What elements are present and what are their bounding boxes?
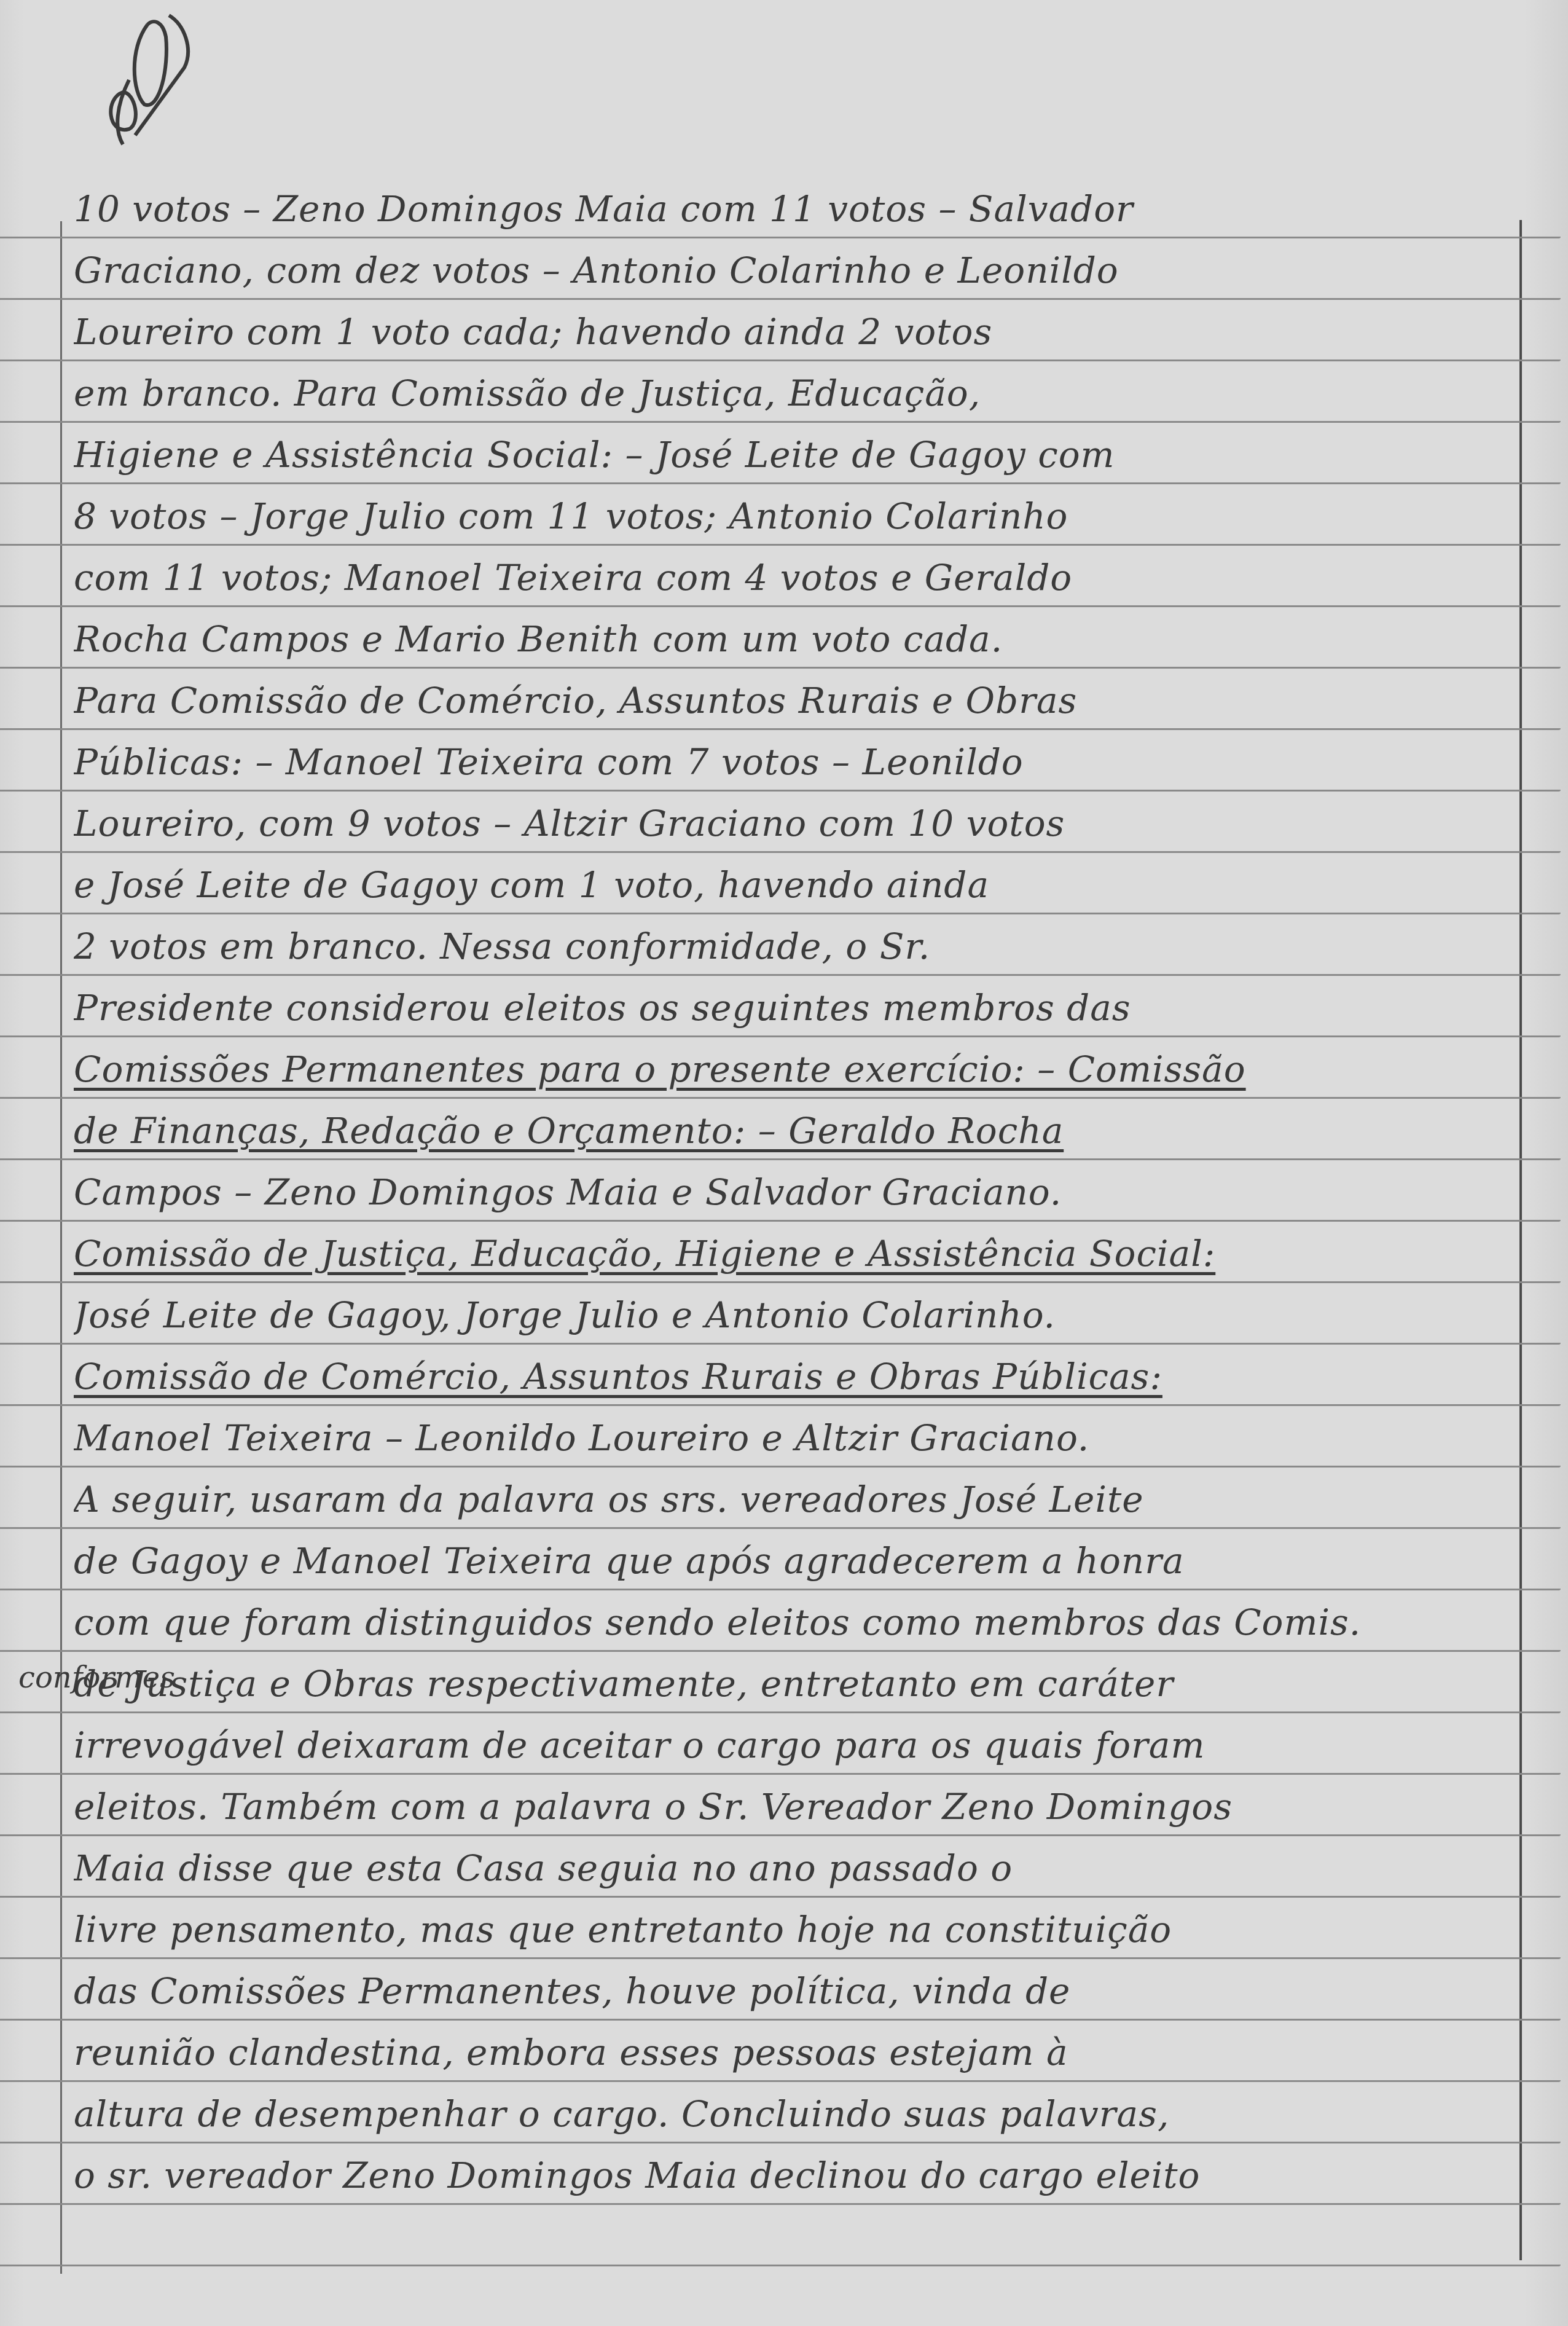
text-line: eleitos. Também com a palavra o Sr. Vere…: [74, 1776, 1511, 1837]
text-line-content: e José Leite de Gagoy com 1 voto, havend…: [74, 864, 989, 906]
text-line: Rocha Campos e Mario Benith com um voto …: [74, 608, 1511, 670]
text-line-content: altura de desempenhar o cargo. Concluind…: [74, 2093, 1169, 2135]
text-line-content: Maia disse que esta Casa seguia no ano p…: [74, 1847, 1013, 1889]
text-line-content: Campos – Zeno Domingos Maia e Salvador G…: [74, 1171, 1062, 1213]
text-line: Loureiro, com 9 votos – Altzir Graciano …: [74, 793, 1511, 854]
text-line-content: eleitos. Também com a palavra o Sr. Vere…: [74, 1786, 1233, 1828]
text-line-content: José Leite de Gagoy, Jorge Julio e Anton…: [74, 1294, 1056, 1336]
text-line: o sr. vereador Zeno Domingos Maia declin…: [74, 2145, 1511, 2206]
text-line: de Justiça e Obras respectivamente, entr…: [74, 1653, 1511, 1715]
text-line: Graciano, com dez votos – Antonio Colari…: [74, 240, 1511, 301]
text-line: Comissão de Comércio, Assuntos Rurais e …: [74, 1346, 1511, 1407]
text-line: Higiene e Assistência Social: – José Lei…: [74, 424, 1511, 485]
text-line: das Comissões Permanentes, houve polític…: [74, 1960, 1511, 2022]
text-line: Manoel Teixeira – Leonildo Loureiro e Al…: [74, 1407, 1511, 1469]
text-line: Para Comissão de Comércio, Assuntos Rura…: [74, 670, 1511, 731]
text-line: Comissões Permanentes para o presente ex…: [74, 1039, 1511, 1100]
text-line: em branco. Para Comissão de Justiça, Edu…: [74, 363, 1511, 424]
text-line-content: Presidente considerou eleitos os seguint…: [74, 987, 1131, 1029]
text-line: livre pensamento, mas que entretanto hoj…: [74, 1899, 1511, 1960]
text-line-content: Loureiro com 1 voto cada; havendo ainda …: [74, 311, 992, 353]
text-line: de Finanças, Redação e Orçamento: – Gera…: [74, 1100, 1511, 1161]
text-line: Maia disse que esta Casa seguia no ano p…: [74, 1837, 1511, 1899]
margin-note: conformes: [18, 1647, 175, 1708]
text-line: irrevogável deixaram de aceitar o cargo …: [74, 1715, 1511, 1776]
text-line-content: com 11 votos; Manoel Teixeira com 4 voto…: [74, 557, 1072, 599]
text-line-content: Comissão de Comércio, Assuntos Rurais e …: [74, 1356, 1162, 1397]
folio-number-mark: [61, 12, 197, 147]
text-line: altura de desempenhar o cargo. Concluind…: [74, 2083, 1511, 2145]
text-line-content: 10 votos – Zeno Domingos Maia com 11 vot…: [74, 188, 1134, 230]
text-line-content: A seguir, usaram da palavra os srs. vere…: [74, 1479, 1144, 1520]
ruled-line: [0, 2265, 1561, 2266]
text-line-content: irrevogável deixaram de aceitar o cargo …: [74, 1724, 1205, 1766]
left-margin-line: [60, 221, 62, 2274]
text-line: Presidente considerou eleitos os seguint…: [74, 977, 1511, 1039]
text-line-content: Rocha Campos e Mario Benith com um voto …: [74, 618, 1003, 660]
text-line: 10 votos – Zeno Domingos Maia com 11 vot…: [74, 178, 1511, 240]
text-line-content: Públicas: – Manoel Teixeira com 7 votos …: [74, 741, 1024, 783]
text-line-content: reunião clandestina, embora esses pessoa…: [74, 2032, 1068, 2073]
right-margin-line: [1519, 220, 1522, 2260]
text-line: com 11 votos; Manoel Teixeira com 4 voto…: [74, 547, 1511, 608]
text-line: reunião clandestina, embora esses pessoa…: [74, 2022, 1511, 2083]
notebook-page: 10 votos – Zeno Domingos Maia com 11 vot…: [0, 0, 1568, 2326]
text-line-content: Manoel Teixeira – Leonildo Loureiro e Al…: [74, 1417, 1089, 1459]
text-line-content: das Comissões Permanentes, houve polític…: [74, 1970, 1070, 2012]
text-line-content: de Finanças, Redação e Orçamento: – Gera…: [74, 1110, 1064, 1152]
text-line-content: Para Comissão de Comércio, Assuntos Rura…: [74, 680, 1077, 721]
text-line-content: Loureiro, com 9 votos – Altzir Graciano …: [74, 803, 1065, 844]
text-line: Campos – Zeno Domingos Maia e Salvador G…: [74, 1161, 1511, 1223]
text-line-content: 2 votos em branco. Nessa conformidade, o…: [74, 925, 930, 967]
text-line-content: de Justiça e Obras respectivamente, entr…: [74, 1663, 1174, 1705]
text-line-content: 8 votos – Jorge Julio com 11 votos; Anto…: [74, 495, 1068, 537]
text-line-content: Graciano, com dez votos – Antonio Colari…: [74, 249, 1119, 291]
text-line-content: o sr. vereador Zeno Domingos Maia declin…: [74, 2155, 1201, 2196]
text-line: Comissão de Justiça, Educação, Higiene e…: [74, 1223, 1511, 1284]
text-line: de Gagoy e Manoel Teixeira que após agra…: [74, 1530, 1511, 1592]
text-line-content: Comissões Permanentes para o presente ex…: [74, 1048, 1246, 1090]
text-line: com que foram distinguidos sendo eleitos…: [74, 1592, 1511, 1653]
text-line: A seguir, usaram da palavra os srs. vere…: [74, 1469, 1511, 1530]
text-line: e José Leite de Gagoy com 1 voto, havend…: [74, 854, 1511, 916]
text-line-content: livre pensamento, mas que entretanto hoj…: [74, 1909, 1172, 1951]
text-line: Públicas: – Manoel Teixeira com 7 votos …: [74, 731, 1511, 793]
text-line-content: em branco. Para Comissão de Justiça, Edu…: [74, 372, 981, 414]
text-line-content: com que foram distinguidos sendo eleitos…: [74, 1601, 1361, 1643]
text-line-content: Comissão de Justiça, Educação, Higiene e…: [74, 1233, 1215, 1275]
text-line: Loureiro com 1 voto cada; havendo ainda …: [74, 301, 1511, 363]
text-line: 2 votos em branco. Nessa conformidade, o…: [74, 916, 1511, 977]
text-line-content: Higiene e Assistência Social: – José Lei…: [74, 434, 1115, 476]
text-line-content: de Gagoy e Manoel Teixeira que após agra…: [74, 1540, 1185, 1582]
text-line: José Leite de Gagoy, Jorge Julio e Anton…: [74, 1284, 1511, 1346]
text-line: 8 votos – Jorge Julio com 11 votos; Anto…: [74, 485, 1511, 547]
